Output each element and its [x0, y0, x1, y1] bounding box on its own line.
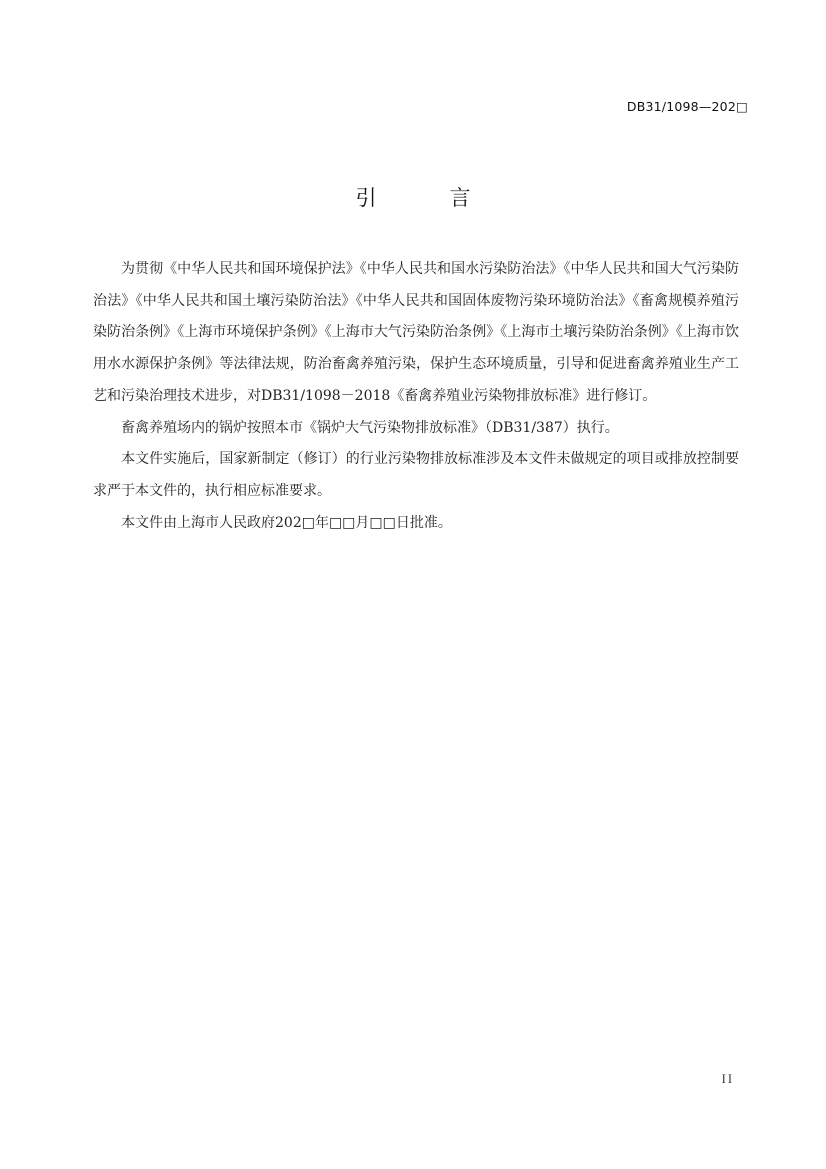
introduction-body: 为贯彻《中华人民共和国环境保护法》《中华人民共和国水污染防治法》《中华人民共和国… [93, 254, 739, 539]
document-code-header: DB31/1098—202□ [627, 99, 748, 114]
paragraph-national-standards: 本文件实施后，国家新制定（修订）的行业污染物排放标准涉及本文件未做规定的项目或排… [93, 444, 739, 507]
paragraph-approval: 本文件由上海市人民政府202□年□□月□□日批准。 [93, 508, 739, 540]
page-number: II [722, 1072, 734, 1087]
document-page: DB31/1098—202□ 引 言 为贯彻《中华人民共和国环境保护法》《中华人… [0, 0, 826, 1169]
section-title: 引 言 [0, 182, 826, 212]
paragraph-boiler-standard: 畜禽养殖场内的锅炉按照本市《锅炉大气污染物排放标准》（DB31/387）执行。 [93, 413, 739, 445]
paragraph-legal-basis: 为贯彻《中华人民共和国环境保护法》《中华人民共和国水污染防治法》《中华人民共和国… [93, 254, 739, 413]
